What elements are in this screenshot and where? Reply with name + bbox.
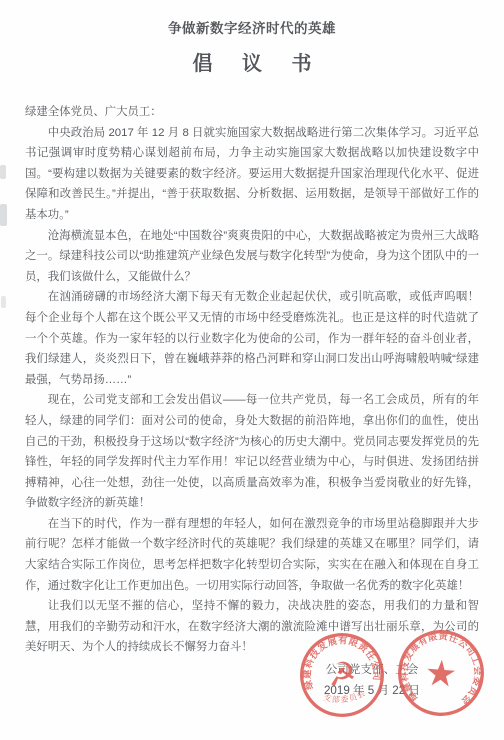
document-subtitle: 倡 议 书 [0, 47, 504, 76]
salutation: 绿建全体党员、广大员工： [25, 102, 479, 123]
star-icon: ★ [423, 652, 458, 695]
union-committee-seal: 绿建科技发展有限责任公司工会委员会 ★ [393, 625, 489, 721]
paragraph-4: 现在，公司党支部和工会发出倡议——每一位共产党员，每一名工会成员，所有的年轻人，… [25, 390, 479, 514]
scan-artifact [0, 204, 7, 226]
scan-artifact [1, 296, 6, 308]
document-title: 争做新数字经济时代的英雄 [0, 17, 504, 37]
paragraph-1: 中央政治局 2017 年 12 月 8 日就实施国家大数据战略进行第二次集体学习… [25, 123, 479, 226]
paragraph-2: 沧海横流显本色，在地处“中国数谷”爽爽贵阳的中心，大数据战略被定为贵州三大战略之… [25, 226, 479, 288]
hammer-sickle-icon: ☭ [325, 655, 358, 694]
paragraph-5: 在当下的时代，作为一群有理想的年轻人，如何在激烈竞争的市场里站稳脚跟并大步前行呢… [25, 514, 479, 596]
party-branch-seal: 绿建科技发展有限责任公司 支部委员会 ☭ [293, 626, 391, 724]
scanned-proposal-document: 争做新数字经济时代的英雄 倡 议 书 绿建全体党员、广大员工： 中央政治局 20… [0, 0, 504, 740]
document-body: 绿建全体党员、广大员工： 中央政治局 2017 年 12 月 8 日就实施国家大… [25, 102, 479, 658]
scan-artifact [0, 165, 6, 179]
paragraph-3: 在汹涌磅礴的市场经济大潮下每天有无数企业起起伏伏，或引吭高歌，或低声呜咽！每个企… [25, 287, 479, 390]
